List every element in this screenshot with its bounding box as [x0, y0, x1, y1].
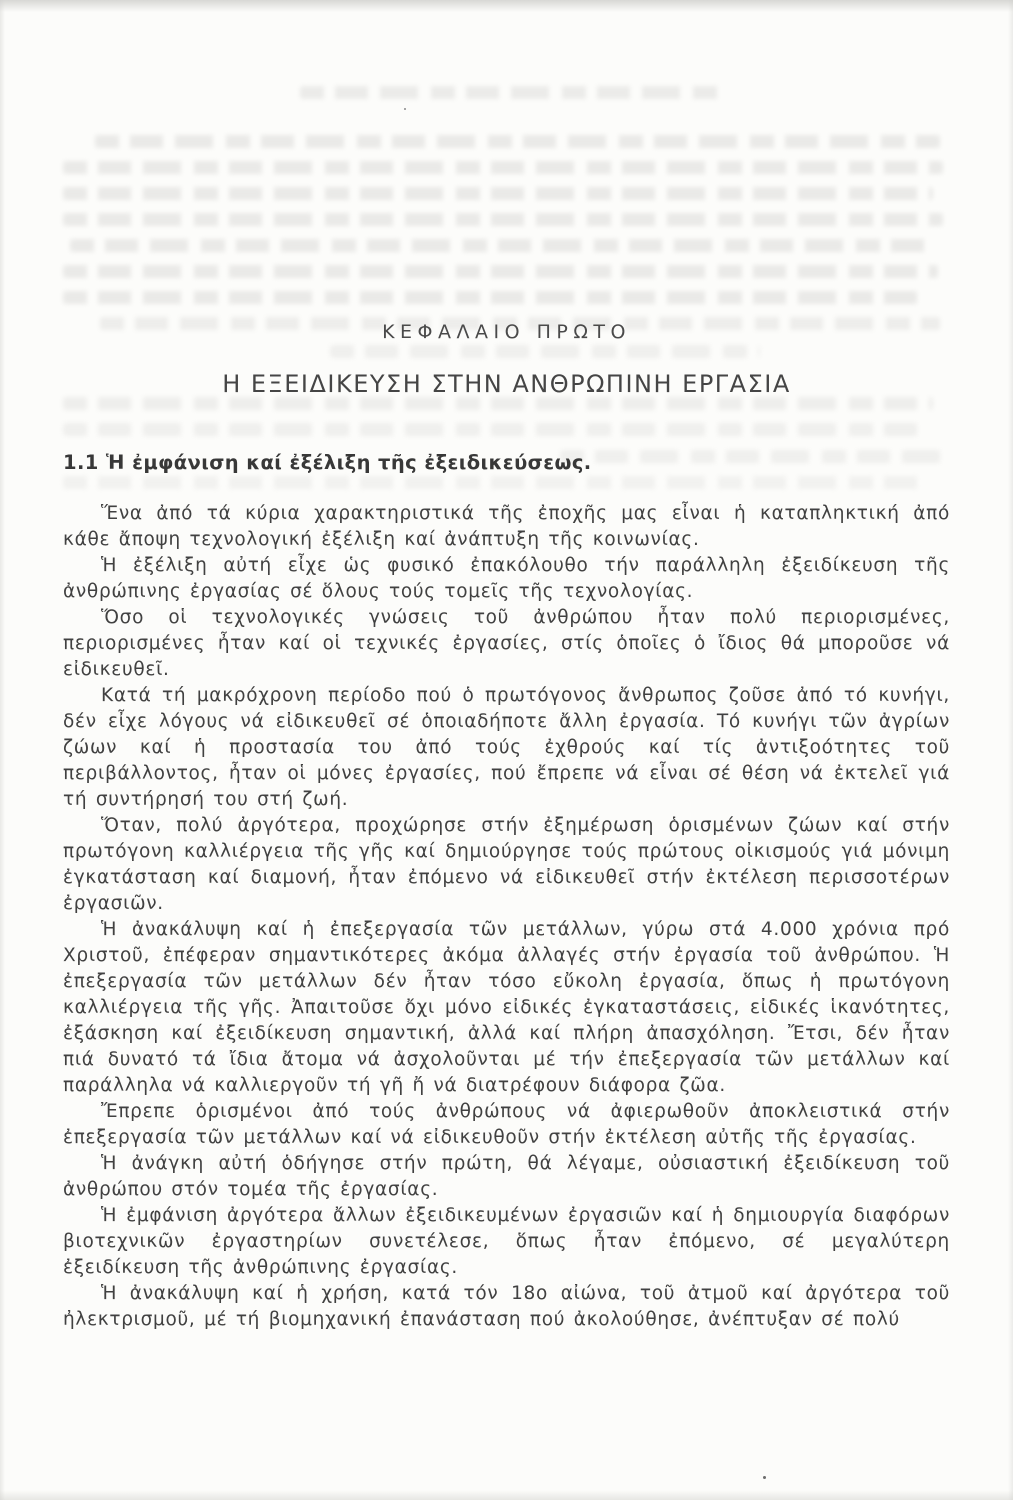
paragraph: Ἡ ἀνακάλυψη καί ἡ χρήση, κατά τόν 18ο αἰ… [63, 1281, 950, 1333]
body-text: Ἕνα ἀπό τά κύρια χαρακτηριστικά τῆς ἐποχ… [63, 501, 950, 1333]
page-title: Η ΕΞΕΙΔΙΚΕΥΣΗ ΣΤΗΝ ΑΝΘΡΩΠΙΝΗ ΕΡΓΑΣΙΑ [63, 369, 950, 399]
paragraph: Ἡ ἐξέλιξη αὐτή εἶχε ὡς φυσικό ἐπακόλουθο… [63, 553, 950, 605]
paragraph: Ἕνα ἀπό τά κύρια χαρακτηριστικά τῆς ἐποχ… [63, 501, 950, 553]
paragraph: Ὅσο οἱ τεχνολογικές γνώσεις τοῦ ἀνθρώπου… [63, 605, 950, 683]
ink-speck [763, 1476, 766, 1479]
paragraph: Ἡ ἐμφάνιση ἀργότερα ἄλλων ἐξειδικευμένων… [63, 1203, 950, 1281]
chapter-heading: ΚΕΦΑΛΑΙΟ ΠΡΩΤΟ [63, 320, 950, 344]
paragraph: Ὅταν, πολύ ἀργότερα, προχώρησε στήν ἐξημ… [63, 813, 950, 917]
scan-edge-bottom [0, 1490, 1013, 1500]
paragraph: Ἡ ἀνάγκη αὐτή ὁδήγησε στήν πρώτη, θά λέγ… [63, 1151, 950, 1203]
book-page: ΚΕΦΑΛΑΙΟ ΠΡΩΤΟ Η ΕΞΕΙΔΙΚΕΥΣΗ ΣΤΗΝ ΑΝΘΡΩΠ… [0, 0, 1013, 1500]
section-heading: 1.1 Ἡ ἐμφάνιση καί ἐξέλιξη τῆς ἐξειδικεύ… [63, 451, 950, 475]
paragraph: Κατά τή μακρόχρονη περίοδο πού ὁ πρωτόγο… [63, 683, 950, 813]
page-content: ΚΕΦΑΛΑΙΟ ΠΡΩΤΟ Η ΕΞΕΙΔΙΚΕΥΣΗ ΣΤΗΝ ΑΝΘΡΩΠ… [0, 0, 1013, 1333]
paragraph: Ἔπρεπε ὁρισμένοι ἀπό τούς ἀνθρώπους νά ἀ… [63, 1099, 950, 1151]
paragraph: Ἡ ἀνακάλυψη καί ἡ ἐπεξεργασία τῶν μετάλλ… [63, 917, 950, 1099]
